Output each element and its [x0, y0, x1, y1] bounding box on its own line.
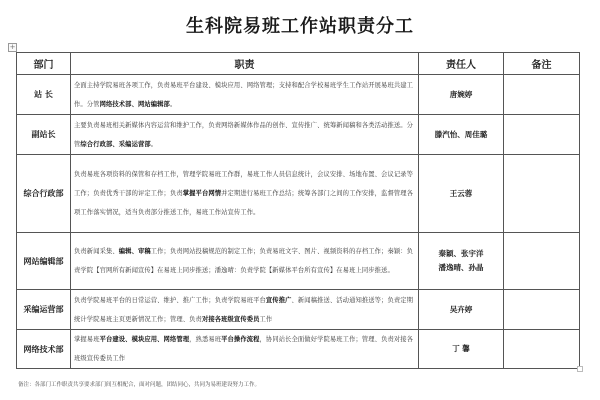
duty-text-emphasis: 平台操作流程: [221, 336, 259, 343]
duty-text: 负责新闻采集、: [74, 248, 119, 255]
duties-cell: 掌握易班平台建设、模块应用、网络管理，熟悉易班平台操作流程，协同站长全面做好学院…: [71, 330, 419, 369]
department-cell: 网络技术部: [17, 330, 71, 369]
table-row: 网站编辑部负责新闻采集、编辑、审稿工作；负责网站投稿规范的制定工作；负责易班文字…: [17, 233, 580, 290]
duty-text-emphasis: 网络技术部、网站编辑部: [100, 101, 170, 108]
duties-cell: 负责学院易班平台的日常运营、维护、推广工作；负责学院易班平台宣传推广、新闻稿推送…: [71, 290, 419, 330]
department-cell: 站 长: [17, 75, 71, 115]
remarks-cell: [504, 115, 580, 155]
remarks-cell: [504, 330, 580, 369]
duty-text: 。: [170, 101, 176, 108]
header-responsible-person: 责任人: [419, 53, 504, 75]
department-cell: 网站编辑部: [17, 233, 71, 290]
responsible-person-cell: 滕汽怡、周佳璐: [419, 115, 504, 155]
remarks-cell: [504, 75, 580, 115]
table-row: 综合行政部负责易班各项资料的保管和存档工作，管理学院易班工作群，易班工作人员信息…: [17, 155, 580, 233]
duty-text: ，熟悉易班: [189, 336, 221, 343]
department-cell: 副站长: [17, 115, 71, 155]
table-row: 采编运营部负责学院易班平台的日常运营、维护、推广工作；负责学院易班平台宣传推广、…: [17, 290, 580, 330]
duty-text-emphasis: 掌握平台网情: [183, 190, 221, 197]
remarks-cell: [504, 233, 580, 290]
responsible-person-cell: 丁 馨: [419, 330, 504, 369]
duty-text-emphasis: 对接各班级宣传委员: [202, 316, 260, 323]
document-title: 生科院易班工作站职责分工: [0, 12, 600, 38]
duty-text-emphasis: 编辑、审稿: [119, 248, 151, 255]
duties-cell: 负责新闻采集、编辑、审稿工作；负责网站投稿规范的制定工作；负责易班文字、图片、视…: [71, 233, 419, 290]
table-row: 网络技术部掌握易班平台建设、模块应用、网络管理，熟悉易班平台操作流程，协同站长全…: [17, 330, 580, 369]
table-move-handle-icon[interactable]: +: [8, 43, 17, 52]
footnote: 备注：各部门工作职责共享要求部门间互相配合，面对问题，团结同心，共同为易班建设努…: [18, 380, 260, 388]
duty-assignment-table: 部门 职责 责任人 备注 站 长全面主持学院易班各项工作，负责易班平台建设、模块…: [16, 52, 580, 369]
duty-text-emphasis: 宣传推广: [266, 297, 292, 304]
duties-cell: 负责易班各项资料的保管和存档工作，管理学院易班工作群，易班工作人员信息统计，会议…: [71, 155, 419, 233]
header-remarks: 备注: [504, 53, 580, 75]
duties-cell: 主要负责易班相关新媒体内容运营和维护工作，负责网络新媒体作品的创作、宣传推广、统…: [71, 115, 419, 155]
responsible-person-cell: 吴卉婷: [419, 290, 504, 330]
header-duties: 职责: [71, 53, 419, 75]
header-department: 部门: [17, 53, 71, 75]
duty-text: 。: [151, 141, 157, 148]
duty-text-emphasis: 平台建设、模块应用、网络管理: [100, 336, 190, 343]
table-row: 副站长主要负责易班相关新媒体内容运营和维护工作，负责网络新媒体作品的创作、宣传推…: [17, 115, 580, 155]
duty-text: 负责学院易班平台的日常运营、维护、推广工作；负责学院易班平台: [74, 297, 266, 304]
table-resize-handle[interactable]: [577, 366, 583, 372]
duties-cell: 全面主持学院易班各项工作，负责易班平台建设、模块应用、网络管理；支持和配合学校易…: [71, 75, 419, 115]
table-row: 站 长全面主持学院易班各项工作，负责易班平台建设、模块应用、网络管理；支持和配合…: [17, 75, 580, 115]
responsible-person-cell: 秦颖、张宇洋 潘逸晴、孙晶: [419, 233, 504, 290]
responsible-person-cell: 王云蓉: [419, 155, 504, 233]
duty-text: 工作: [260, 316, 273, 323]
duty-text-emphasis: 综合行政部、采编运营部: [80, 141, 150, 148]
department-cell: 综合行政部: [17, 155, 71, 233]
department-cell: 采编运营部: [17, 290, 71, 330]
remarks-cell: [504, 155, 580, 233]
duty-text: 掌握易班: [74, 336, 100, 343]
table-header-row: 部门 职责 责任人 备注: [17, 53, 580, 75]
remarks-cell: [504, 290, 580, 330]
responsible-person-cell: 唐婉婷: [419, 75, 504, 115]
